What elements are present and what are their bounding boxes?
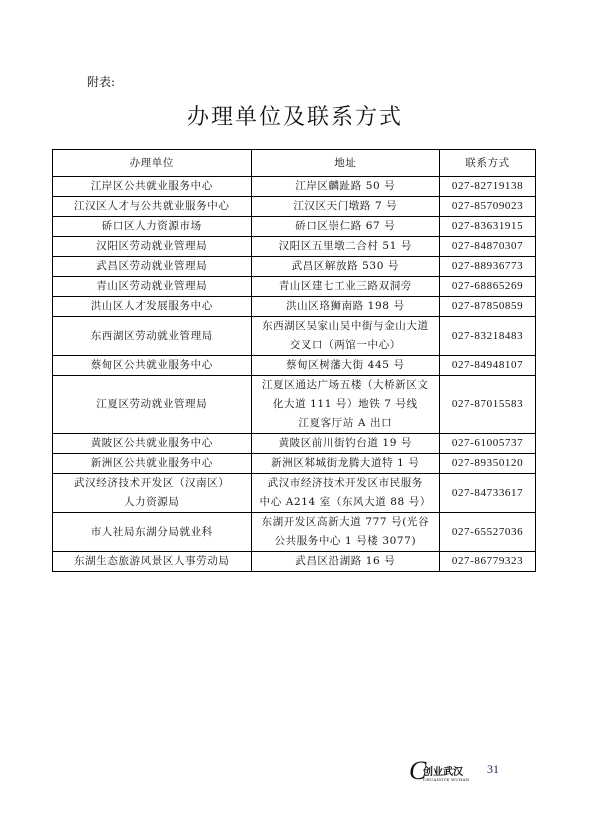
- cell-address: 黄陂区前川街钓台道 19 号: [251, 434, 440, 454]
- cell-address-line: 公共服务中心 1 号楼 3077): [255, 532, 437, 551]
- table-row: 新洲区公共就业服务中心新洲区邾城街龙腾大道特 1 号027-89350120: [53, 454, 536, 474]
- cell-unit: 武昌区劳动就业管理局: [53, 257, 252, 277]
- cell-address-line: 新洲区邾城街龙腾大道特 1 号: [271, 457, 419, 469]
- cell-unit: 新洲区公共就业服务中心: [53, 454, 252, 474]
- cell-unit: 市人社局东湖分局就业科: [53, 513, 252, 552]
- cell-unit: 江夏区劳动就业管理局: [53, 376, 252, 434]
- cell-address-line: 江汉区天门墩路 7 号: [293, 200, 397, 212]
- logo-subtext: CHUANGYE WUHAN: [423, 777, 469, 782]
- table-row: 洪山区人才发展服务中心洪山区珞狮南路 198 号027-87850859: [53, 297, 536, 317]
- cell-address: 新洲区邾城街龙腾大道特 1 号: [251, 454, 440, 474]
- cell-unit-line: 黄陂区公共就业服务中心: [91, 437, 213, 449]
- cell-unit: 蔡甸区公共就业服务中心: [53, 356, 252, 376]
- cell-unit: 江汉区人才与公共就业服务中心: [53, 197, 252, 217]
- cell-unit-line: 新洲区公共就业服务中心: [91, 457, 213, 469]
- cell-unit-line: 青山区劳动就业管理局: [96, 280, 207, 292]
- cell-address: 江汉区天门墩路 7 号: [251, 197, 440, 217]
- table-row: 江岸区公共就业服务中心江岸区麟趾路 50 号027-82719138: [53, 177, 536, 197]
- cell-unit: 硚口区人力资源市场: [53, 217, 252, 237]
- table-row: 江汉区人才与公共就业服务中心江汉区天门墩路 7 号027-85709023: [53, 197, 536, 217]
- cell-address-line: 江夏区通达广场五楼（大桥新区文: [255, 376, 437, 395]
- table-row: 江夏区劳动就业管理局江夏区通达广场五楼（大桥新区文化大道 111 号）地铁 7 …: [53, 376, 536, 434]
- cell-address-line: 武汉市经济技术开发区市民服务: [255, 474, 437, 493]
- page-title: 办理单位及联系方式: [0, 100, 590, 131]
- cell-address: 洪山区珞狮南路 198 号: [251, 297, 440, 317]
- cell-address-line: 汉阳区五里墩二合村 51 号: [279, 240, 412, 252]
- cell-address: 江岸区麟趾路 50 号: [251, 177, 440, 197]
- cell-unit-line: 武昌区劳动就业管理局: [96, 260, 207, 272]
- table-row: 东湖生态旅游风景区人事劳动局武昌区沿湖路 16 号027-86779323: [53, 552, 536, 572]
- cell-unit-line: 江岸区公共就业服务中心: [91, 180, 213, 192]
- table-row: 市人社局东湖分局就业科东湖开发区高新大道 777 号(光谷公共服务中心 1 号楼…: [53, 513, 536, 552]
- cell-phone: 027-84733617: [440, 474, 536, 513]
- cell-unit-line: 人力资源局: [56, 493, 248, 512]
- cell-phone: 027-61005737: [440, 434, 536, 454]
- cell-address-line: 洪山区珞狮南路 198 号: [286, 300, 405, 312]
- cell-address-line: 武昌区沿湖路 16 号: [295, 555, 395, 567]
- cell-phone: 027-87015583: [440, 376, 536, 434]
- contacts-table: 办理单位 地址 联系方式 江岸区公共就业服务中心江岸区麟趾路 50 号027-8…: [52, 149, 536, 572]
- cell-unit: 汉阳区劳动就业管理局: [53, 237, 252, 257]
- header-address: 地址: [251, 150, 440, 177]
- cell-address-line: 硚口区崇仁路 67 号: [295, 220, 395, 232]
- cell-unit-line: 市人社局东湖分局就业科: [91, 526, 213, 538]
- cell-address-line: 江夏客厅站 A 出口: [255, 414, 437, 433]
- cell-address-line: 东西湖区吴家山吴中街与金山大道: [255, 317, 437, 336]
- cell-phone: 027-87850859: [440, 297, 536, 317]
- cell-address: 武昌区解放路 530 号: [251, 257, 440, 277]
- cell-phone: 027-84948107: [440, 356, 536, 376]
- cell-unit: 武汉经济技术开发区（汉南区）人力资源局: [53, 474, 252, 513]
- cell-unit-line: 东西湖区劳动就业管理局: [91, 330, 213, 342]
- cell-address: 东湖开发区高新大道 777 号(光谷公共服务中心 1 号楼 3077): [251, 513, 440, 552]
- cell-unit: 黄陂区公共就业服务中心: [53, 434, 252, 454]
- cell-phone: 027-84870307: [440, 237, 536, 257]
- cell-address: 汉阳区五里墩二合村 51 号: [251, 237, 440, 257]
- cell-phone: 027-83631915: [440, 217, 536, 237]
- cell-address: 蔡甸区树藩大街 445 号: [251, 356, 440, 376]
- table-row: 东西湖区劳动就业管理局东西湖区吴家山吴中街与金山大道交叉口（两馆一中心）027-…: [53, 317, 536, 356]
- table-row: 武昌区劳动就业管理局武昌区解放路 530 号027-88936773: [53, 257, 536, 277]
- cell-phone: 027-86779323: [440, 552, 536, 572]
- cell-unit: 青山区劳动就业管理局: [53, 277, 252, 297]
- cell-unit-line: 汉阳区劳动就业管理局: [96, 240, 207, 252]
- table-row: 汉阳区劳动就业管理局汉阳区五里墩二合村 51 号027-84870307: [53, 237, 536, 257]
- cell-address-line: 化大道 111 号）地铁 7 号线: [255, 395, 437, 414]
- cell-address-line: 交叉口（两馆一中心）: [255, 336, 437, 355]
- chuangye-wuhan-logo-icon: C 创业武汉 CHUANGYE WUHAN: [409, 758, 469, 786]
- table-row: 蔡甸区公共就业服务中心蔡甸区树藩大街 445 号027-84948107: [53, 356, 536, 376]
- cell-unit-line: 东湖生态旅游风景区人事劳动局: [74, 555, 229, 567]
- cell-address-line: 青山区建七工业三路双洞旁: [279, 280, 412, 292]
- table-row: 青山区劳动就业管理局青山区建七工业三路双洞旁027-68865269: [53, 277, 536, 297]
- cell-address-line: 蔡甸区树藩大街 445 号: [286, 359, 405, 371]
- table-row: 硚口区人力资源市场硚口区崇仁路 67 号027-83631915: [53, 217, 536, 237]
- logo-text: 创业武汉: [423, 763, 463, 778]
- cell-address: 武昌区沿湖路 16 号: [251, 552, 440, 572]
- cell-unit: 洪山区人才发展服务中心: [53, 297, 252, 317]
- cell-phone: 027-85709023: [440, 197, 536, 217]
- cell-unit-line: 江夏区劳动就业管理局: [96, 398, 207, 410]
- cell-phone: 027-89350120: [440, 454, 536, 474]
- cell-phone: 027-83218483: [440, 317, 536, 356]
- cell-address: 武汉市经济技术开发区市民服务中心 A214 室（东风大道 88 号）: [251, 474, 440, 513]
- cell-address-line: 黄陂区前川街钓台道 19 号: [279, 437, 412, 449]
- cell-unit-line: 武汉经济技术开发区（汉南区）: [56, 474, 248, 493]
- cell-address-line: 江岸区麟趾路 50 号: [295, 180, 395, 192]
- cell-phone: 027-68865269: [440, 277, 536, 297]
- cell-unit: 江岸区公共就业服务中心: [53, 177, 252, 197]
- cell-address: 硚口区崇仁路 67 号: [251, 217, 440, 237]
- cell-unit: 东湖生态旅游风景区人事劳动局: [53, 552, 252, 572]
- header-phone: 联系方式: [440, 150, 536, 177]
- cell-unit-line: 江汉区人才与公共就业服务中心: [74, 200, 229, 212]
- appendix-label: 附表:: [87, 73, 115, 90]
- cell-address: 青山区建七工业三路双洞旁: [251, 277, 440, 297]
- cell-unit-line: 硚口区人力资源市场: [102, 220, 202, 232]
- cell-phone: 027-82719138: [440, 177, 536, 197]
- cell-address-line: 中心 A214 室（东风大道 88 号）: [255, 493, 437, 512]
- cell-address: 江夏区通达广场五楼（大桥新区文化大道 111 号）地铁 7 号线江夏客厅站 A …: [251, 376, 440, 434]
- cell-unit-line: 洪山区人才发展服务中心: [91, 300, 213, 312]
- cell-phone: 027-88936773: [440, 257, 536, 277]
- cell-address-line: 武昌区解放路 530 号: [292, 260, 399, 272]
- cell-phone: 027-65527036: [440, 513, 536, 552]
- cell-address-line: 东湖开发区高新大道 777 号(光谷: [255, 513, 437, 532]
- table-row: 武汉经济技术开发区（汉南区）人力资源局武汉市经济技术开发区市民服务中心 A214…: [53, 474, 536, 513]
- table-header-row: 办理单位 地址 联系方式: [53, 150, 536, 177]
- page-number: 31: [487, 762, 499, 777]
- cell-unit: 东西湖区劳动就业管理局: [53, 317, 252, 356]
- cell-unit-line: 蔡甸区公共就业服务中心: [91, 359, 213, 371]
- cell-address: 东西湖区吴家山吴中街与金山大道交叉口（两馆一中心）: [251, 317, 440, 356]
- table-row: 黄陂区公共就业服务中心黄陂区前川街钓台道 19 号027-61005737: [53, 434, 536, 454]
- header-unit: 办理单位: [53, 150, 252, 177]
